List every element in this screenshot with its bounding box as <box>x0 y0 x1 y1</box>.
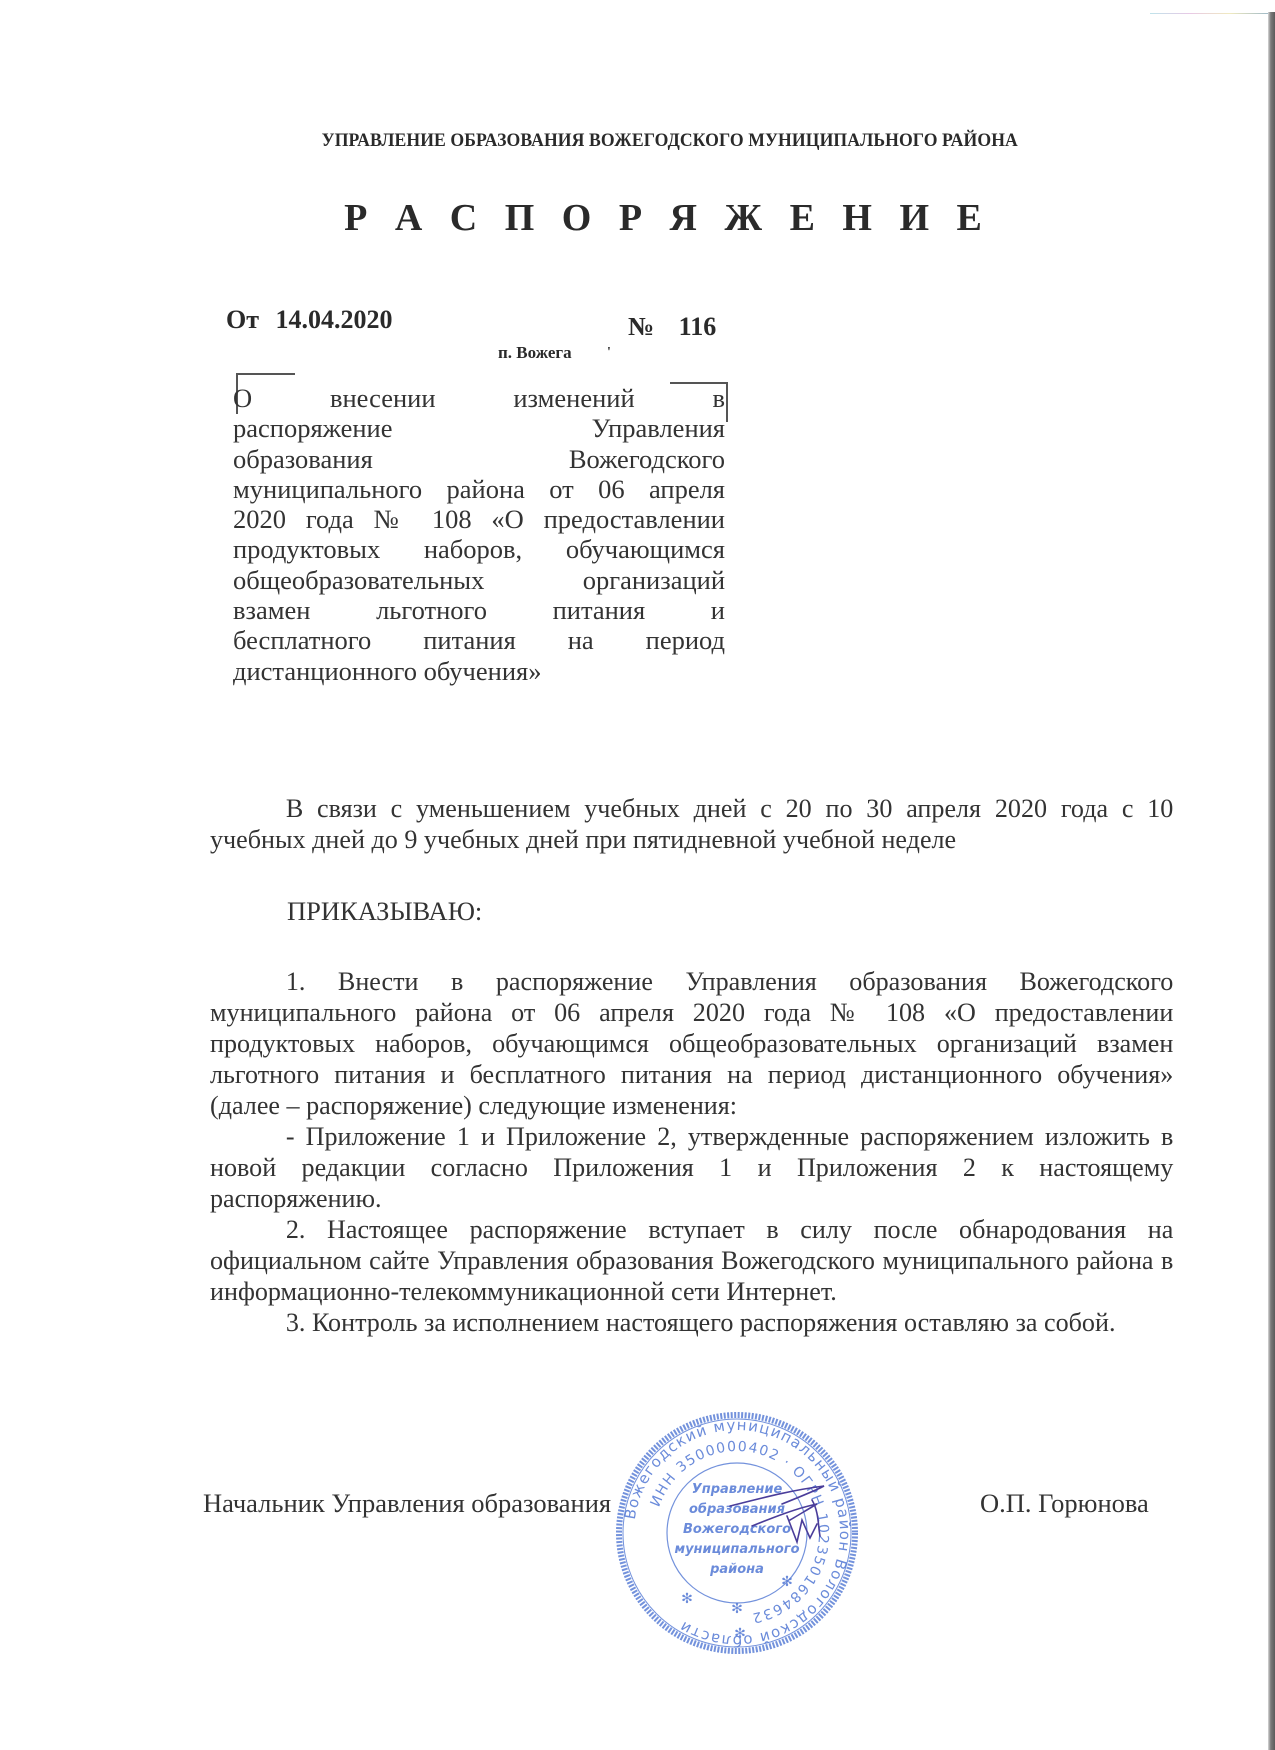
subject-line: 2020 года № 108 «О предоставлении <box>233 504 725 534</box>
subject-line: общеобразовательных организаций <box>233 565 725 595</box>
scan-edge-top <box>1150 13 1270 14</box>
number-sign: № <box>628 312 654 341</box>
official-stamp: Вожегодский муниципальный район Вологодс… <box>612 1408 862 1658</box>
place-mark: ' <box>607 345 611 361</box>
scan-edge-right <box>1268 12 1275 1750</box>
subject-line: взамен льготного питания и <box>233 595 725 625</box>
date-prefix: От <box>226 305 259 334</box>
intro-paragraph: В связи с уменьшением учебных дней с 20 … <box>210 793 1173 855</box>
organization-header: УПРАВЛЕНИЕ ОБРАЗОВАНИЯ ВОЖЕГОДСКОГО МУНИ… <box>49 130 1235 152</box>
svg-text:✻: ✻ <box>734 1626 746 1642</box>
intro-section: В связи с уменьшением учебных дней с 20 … <box>210 793 1173 855</box>
subject-line: муниципального района от 06 апреля <box>233 474 725 504</box>
svg-text:✻: ✻ <box>731 1601 743 1617</box>
subject-line: дистанционного обучения» <box>233 656 725 686</box>
number-value: 116 <box>679 312 717 341</box>
signatory-name: О.П. Горюнова <box>980 1488 1149 1519</box>
svg-text:муниципального: муниципального <box>674 1542 799 1557</box>
stamp-seal-icon: Вожегодский муниципальный район Вологодс… <box>612 1408 862 1658</box>
subject-line: распоряжение Управления <box>233 413 725 443</box>
date-value: 14.04.2020 <box>276 305 393 334</box>
order-word: ПРИКАЗЫВАЮ: <box>287 896 482 927</box>
order-item-1: 1. Внести в распоряжение Управления обра… <box>210 966 1173 1121</box>
subject-line: бесплатного питания на период <box>233 625 725 655</box>
subject-line: О внесении изменений в <box>233 383 725 413</box>
svg-text:✻: ✻ <box>681 1591 693 1607</box>
order-item-2: 2. Настоящее распоряжение вступает в сил… <box>210 1214 1173 1307</box>
document-number: № 116 <box>628 312 716 342</box>
svg-text:✻: ✻ <box>781 1574 793 1590</box>
svg-text:Вожегодского: Вожегодского <box>683 1522 791 1537</box>
order-items: 1. Внести в распоряжение Управления обра… <box>210 966 1173 1338</box>
subject-line: образования Вожегодского <box>233 444 725 474</box>
document-place: п. Вожега <box>498 343 572 363</box>
document-title: Р А С П О Р Я Ж Е Н И Е <box>0 196 1275 240</box>
svg-text:района: района <box>709 1562 764 1577</box>
order-item-3: 3. Контроль за исполнением настоящего ра… <box>210 1307 1173 1338</box>
document-date: От 14.04.2020 <box>226 305 393 335</box>
document-subject: О внесении изменений в распоряжение Упра… <box>233 383 725 686</box>
subject-line: продуктовых наборов, обучающимся <box>233 534 725 564</box>
signatory-position: Начальник Управления образования <box>203 1488 611 1519</box>
order-item-1-sub: - Приложение 1 и Приложение 2, утвержден… <box>210 1121 1173 1214</box>
svg-text:Управление: Управление <box>692 1482 783 1497</box>
